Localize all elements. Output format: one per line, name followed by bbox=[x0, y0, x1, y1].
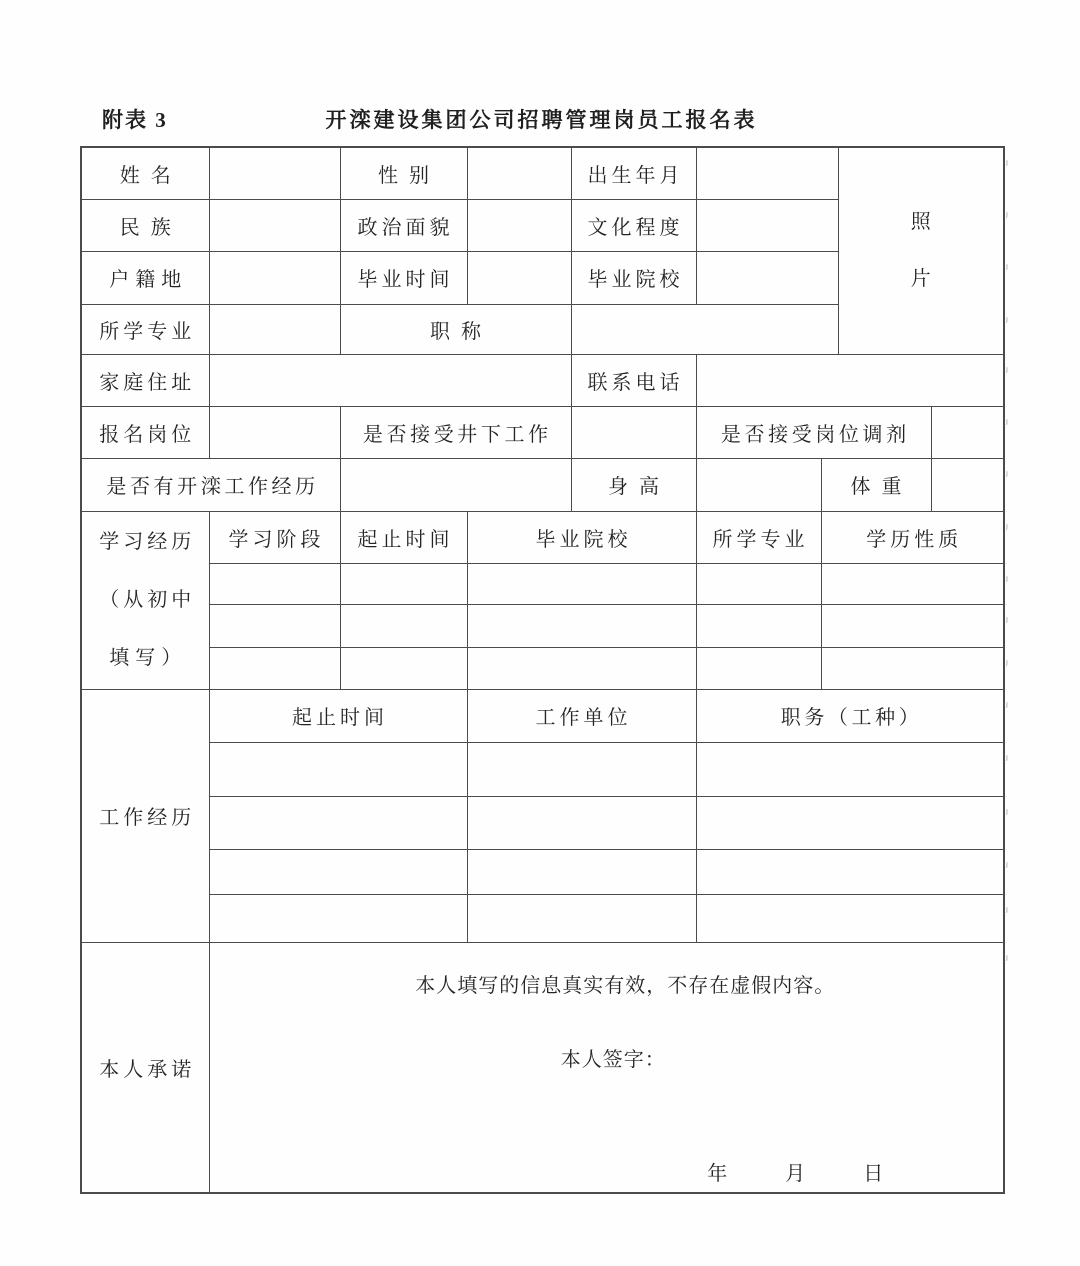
study-section-label-line: 学习经历 bbox=[95, 528, 195, 556]
cell-end-marker-icon: ʲ bbox=[1006, 575, 1018, 586]
study-section-label-line: 填写） bbox=[103, 644, 187, 672]
cell-end-marker-icon: ʲ bbox=[1006, 861, 1018, 872]
home-address-label: 家庭住址 bbox=[81, 354, 209, 406]
application-form-table: 姓名 性别 出生年月 照 片 民族 政治面貌 文化程度 户籍地 毕业时 bbox=[80, 146, 1005, 1194]
study-header-stage: 学习阶段 bbox=[209, 511, 340, 563]
cell-end-marker-icon: ʲ bbox=[1006, 659, 1018, 670]
page-title: 开滦建设集团公司招聘管理岗员工报名表 bbox=[80, 104, 1003, 136]
row-position: 报名岗位 是否接受井下工作 是否接受岗位调剂 bbox=[81, 406, 1004, 458]
study-header-major: 所学专业 bbox=[696, 511, 821, 563]
accept-underground-work-value-cell bbox=[571, 406, 696, 458]
ethnicity-label: 民族 bbox=[81, 199, 209, 251]
photo-cell: 照 片 bbox=[838, 147, 1004, 354]
cell-end-marker-icon: ʲ bbox=[1006, 954, 1018, 965]
work-cell bbox=[467, 796, 696, 849]
work-cell bbox=[696, 849, 1004, 894]
cell-end-marker-icon: ʲ bbox=[1006, 470, 1018, 481]
photo-label-line: 照 bbox=[911, 210, 931, 234]
study-cell bbox=[340, 604, 467, 647]
work-cell bbox=[696, 796, 1004, 849]
graduation-time-label: 毕业时间 bbox=[340, 251, 467, 304]
contact-phone-label: 联系电话 bbox=[571, 354, 696, 406]
commitment-content-cell: 本人填写的信息真实有效，不存在虚假内容。 本人签字： 年 月 日 bbox=[209, 942, 1004, 1193]
ethnicity-value-cell bbox=[209, 199, 340, 251]
study-cell bbox=[696, 563, 821, 604]
study-history-row bbox=[81, 647, 1004, 689]
signature-label: 本人签字： bbox=[224, 1047, 1004, 1073]
study-history-section-label: 学习经历 （从初中 填写） bbox=[81, 511, 209, 689]
graduation-school-label: 毕业院校 bbox=[571, 251, 696, 304]
row-name: 姓名 性别 出生年月 照 片 bbox=[81, 147, 1004, 199]
cell-end-marker-icon: ʲ bbox=[1006, 418, 1018, 429]
cell-end-marker-icon: ʲ bbox=[1006, 616, 1018, 627]
study-cell bbox=[209, 647, 340, 689]
work-header-position: 职务（工种） bbox=[696, 689, 1004, 742]
cell-end-marker-icon: ʲ bbox=[1006, 159, 1018, 170]
weight-label: 体重 bbox=[821, 458, 931, 511]
work-cell bbox=[467, 894, 696, 942]
kailuan-work-experience-value-cell bbox=[340, 458, 571, 511]
gender-label: 性别 bbox=[340, 147, 467, 199]
study-cell bbox=[467, 647, 696, 689]
work-history-header-row: 工作经历 起止时间 工作单位 职务（工种） bbox=[81, 689, 1004, 742]
study-header-school: 毕业院校 bbox=[467, 511, 696, 563]
cell-end-marker-icon: ʲ bbox=[1006, 316, 1018, 327]
commitment-statement: 本人填写的信息真实有效，不存在虚假内容。 bbox=[224, 973, 988, 999]
work-section-label: 工作经历 bbox=[82, 801, 209, 830]
contact-phone-value-cell bbox=[696, 354, 1004, 406]
study-cell bbox=[467, 563, 696, 604]
cell-end-marker-icon: ʲ bbox=[1006, 366, 1018, 377]
study-history-header-row: 学习经历 （从初中 填写） 学习阶段 起止时间 毕业院校 所学专业 学历性质 bbox=[81, 511, 1004, 563]
study-history-row bbox=[81, 563, 1004, 604]
photo-label-line: 片 bbox=[911, 267, 931, 291]
study-cell bbox=[821, 563, 1004, 604]
document-page: 附表 3 开滦建设集团公司招聘管理岗员工报名表 姓名 性别 出生年月 照 片 民… bbox=[0, 0, 1080, 1266]
study-cell bbox=[340, 563, 467, 604]
study-cell bbox=[467, 604, 696, 647]
cell-end-marker-icon: ʲ bbox=[1006, 263, 1018, 274]
study-header-period: 起止时间 bbox=[340, 511, 467, 563]
accept-position-adjustment-label: 是否接受岗位调剂 bbox=[696, 406, 931, 458]
work-header-employer: 工作单位 bbox=[467, 689, 696, 742]
work-cell bbox=[696, 742, 1004, 796]
accept-position-adjustment-value-cell bbox=[931, 406, 1004, 458]
study-cell bbox=[821, 647, 1004, 689]
work-header-period: 起止时间 bbox=[209, 689, 467, 742]
cell-end-marker-icon: ʲ bbox=[1006, 701, 1018, 712]
study-cell bbox=[209, 563, 340, 604]
kailuan-work-experience-label: 是否有开滦工作经历 bbox=[81, 458, 340, 511]
political-status-value-cell bbox=[467, 199, 571, 251]
height-value-cell bbox=[696, 458, 821, 511]
study-cell bbox=[696, 604, 821, 647]
political-status-label: 政治面貌 bbox=[340, 199, 467, 251]
graduation-school-value-cell bbox=[696, 251, 838, 304]
gender-value-cell bbox=[467, 147, 571, 199]
study-cell bbox=[696, 647, 821, 689]
registered-residence-value-cell bbox=[209, 251, 340, 304]
birth-date-value-cell bbox=[696, 147, 838, 199]
cell-end-marker-icon: ʲ bbox=[1006, 808, 1018, 819]
study-history-row bbox=[81, 604, 1004, 647]
height-label: 身高 bbox=[571, 458, 696, 511]
cell-end-marker-icon: ʲ bbox=[1006, 906, 1018, 917]
major-value-cell bbox=[209, 304, 340, 354]
work-cell bbox=[696, 894, 1004, 942]
work-cell bbox=[209, 742, 467, 796]
work-history-section-label: 工作经历 bbox=[81, 689, 209, 942]
annex-label: 附表 3 bbox=[102, 104, 168, 134]
commitment-row: 本人承诺 本人填写的信息真实有效，不存在虚假内容。 本人签字： 年 月 日 bbox=[81, 942, 1004, 1193]
cell-end-marker-icon: ʲ bbox=[1006, 211, 1018, 222]
row-address: 家庭住址 联系电话 bbox=[81, 354, 1004, 406]
study-cell bbox=[340, 647, 467, 689]
registered-residence-label: 户籍地 bbox=[81, 251, 209, 304]
study-cell bbox=[209, 604, 340, 647]
document-header: 附表 3 开滦建设集团公司招聘管理岗员工报名表 bbox=[80, 104, 1003, 136]
cell-end-marker-icon: ʲ bbox=[1006, 523, 1018, 534]
applied-position-label: 报名岗位 bbox=[81, 406, 209, 458]
cell-end-marker-icon: ʲ bbox=[1006, 754, 1018, 765]
date-line: 年 月 日 bbox=[594, 1161, 1004, 1187]
study-cell bbox=[821, 604, 1004, 647]
name-label: 姓名 bbox=[81, 147, 209, 199]
commitment-label: 本人承诺 bbox=[82, 1053, 209, 1082]
graduation-time-value-cell bbox=[467, 251, 571, 304]
work-history-row bbox=[81, 796, 1004, 849]
work-cell bbox=[209, 849, 467, 894]
study-section-label-line: （从初中 bbox=[95, 586, 195, 614]
accept-underground-work-label: 是否接受井下工作 bbox=[340, 406, 571, 458]
commitment-section-label: 本人承诺 bbox=[81, 942, 209, 1193]
work-cell bbox=[209, 894, 467, 942]
professional-title-label: 职称 bbox=[340, 304, 571, 354]
work-cell bbox=[467, 849, 696, 894]
birth-date-label: 出生年月 bbox=[571, 147, 696, 199]
row-kailuan-experience: 是否有开滦工作经历 身高 体重 bbox=[81, 458, 1004, 511]
education-level-label: 文化程度 bbox=[571, 199, 696, 251]
name-value-cell bbox=[209, 147, 340, 199]
work-cell bbox=[467, 742, 696, 796]
study-header-degree-type: 学历性质 bbox=[821, 511, 1004, 563]
professional-title-value-cell bbox=[571, 304, 838, 354]
education-level-value-cell bbox=[696, 199, 838, 251]
work-history-row bbox=[81, 894, 1004, 942]
work-history-row bbox=[81, 742, 1004, 796]
work-cell bbox=[209, 796, 467, 849]
weight-value-cell bbox=[931, 458, 1004, 511]
work-history-row bbox=[81, 849, 1004, 894]
applied-position-value-cell bbox=[209, 406, 340, 458]
major-label: 所学专业 bbox=[81, 304, 209, 354]
home-address-value-cell bbox=[209, 354, 571, 406]
